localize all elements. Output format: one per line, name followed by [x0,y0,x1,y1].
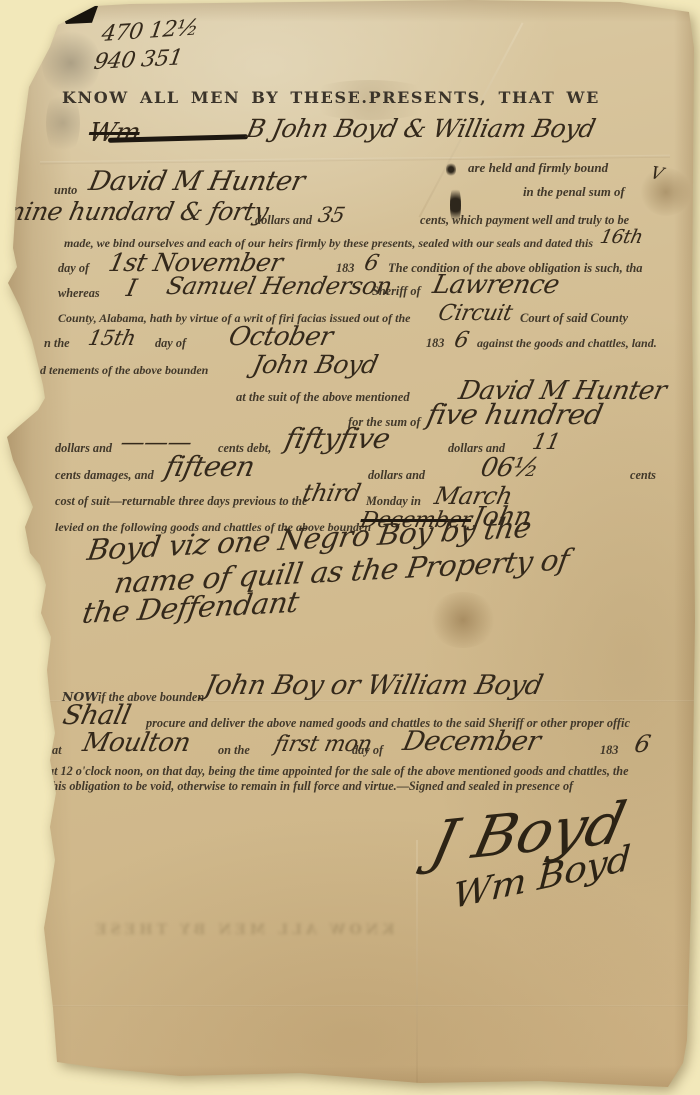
label-monday-in: Monday in [366,494,421,509]
year-print-2: 183 [426,336,444,351]
dated-day-number: 16th [598,226,645,248]
label-cents: cents [630,468,656,483]
scanned-document: KNOW ALL MEN BY THESE 470 12½ 940 351 KN… [0,0,700,1095]
paper-shadow: KNOW ALL MEN BY THESE 470 12½ 940 351 KN… [0,0,700,1095]
torn-left-edge [0,0,72,1095]
docket-number-bottom: 940 351 [92,45,184,75]
sheriff-name: Samuel Henderson [164,272,394,300]
label-dollars-and: dollars and [255,213,312,228]
county-name: Lawrence [430,270,562,300]
right-edge-shade [674,0,700,1095]
fold-crease [416,840,418,1090]
sale-place: Moulton [80,728,193,758]
return-week: third [300,479,363,507]
text-suit-of: at the suit of the above mentioned [236,390,410,405]
text-cost-line: cost of suit—returnable three days previ… [55,494,307,509]
label-day-of-3: day of [352,743,383,758]
hand-i: I [124,274,139,302]
year-hand-3: 6 [632,730,653,758]
fold-crease [0,1005,700,1007]
text-procure: procure and deliver the above named good… [146,716,630,731]
torn-corner-mark [58,0,98,24]
label-day-of: day of [58,261,89,276]
year-hand-2: 6 [452,328,471,353]
debt-words: fiftyfive [282,422,393,455]
obligee-name: David M Hunter [86,166,307,197]
damages-cents: 11 [530,430,562,455]
bottom-edge-shade [0,1065,700,1095]
defendant-name: John Boyd [250,350,380,379]
bleed-through-text: KNOW ALL MEN BY THESE [92,922,395,938]
label-at: at [52,743,62,758]
text-cents-payment: cents, which payment well and truly to b… [420,213,629,228]
text-tenements: d tenements of the above bounden [40,363,208,378]
brown-stain [428,592,498,648]
year-print-3: 183 [600,743,618,758]
ink-blot [446,162,456,177]
text-penal-sum: in the penal sum of [523,185,625,200]
label-unto: unto [54,183,77,198]
top-edge-shade [0,0,700,22]
label-sheriff-of: Sheriff of [372,284,421,299]
label-on-the-2: on the [218,743,250,758]
text-void-line: this obligation to be void, otherwise to… [48,779,573,794]
cost-cents: 06½ [478,453,541,483]
label-whereas: whereas [58,286,100,301]
damages-words: fifteen [162,450,258,483]
form-heading: KNOW ALL MEN BY THESE.PRESENTS, THAT WE [62,88,600,107]
writ-day: 15th [86,326,138,350]
sale-month: December [400,726,543,757]
label-on-the: n the [44,336,70,351]
condition-obligors: John Boy or William Boyd [202,670,545,701]
label-dollars-3: dollars and [368,468,425,483]
sum-words: five hundred [424,398,606,431]
text-held-bound: are held and firmly bound [468,160,608,176]
brown-stain [640,168,692,216]
text-court-line: Court of said County [520,311,628,326]
penal-cents-value: 35 [316,203,347,227]
writ-month: October [226,322,335,352]
paper-sheet: KNOW ALL MEN BY THESE 470 12½ 940 351 KN… [0,0,700,1095]
label-day-of-2: day of [155,336,186,351]
text-against: against the goods and chattles, land. [477,336,657,351]
hand-shall: Shall [60,700,133,731]
penal-amount-words: nine hundard & forty [6,197,271,226]
court-name: Circuit [436,301,515,326]
struck-name: Wm [86,118,143,148]
obligor-names: B John Boyd & William Boyd [244,114,598,143]
text-noon-line: at 12 o'clock noon, on that day, being t… [48,764,628,779]
label-dollars-1: dollars and [55,441,112,456]
label-cents-damages: cents damages, and [55,468,154,483]
